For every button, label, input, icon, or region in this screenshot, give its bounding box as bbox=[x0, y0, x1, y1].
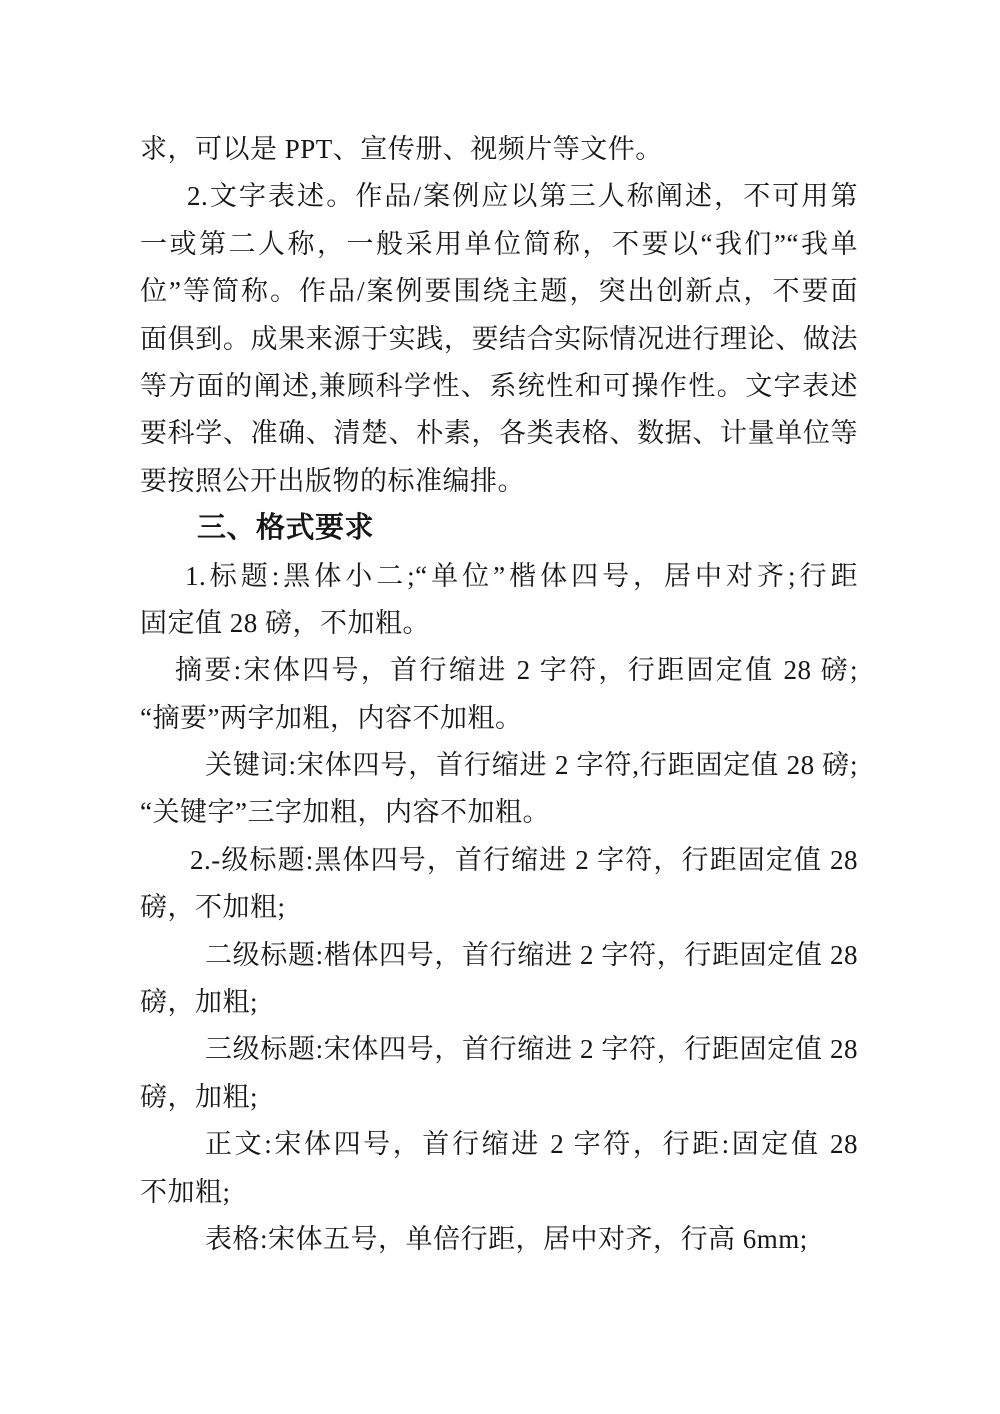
document-page: 求，可以是 PPT、宣传册、视频片等文件。2.文字表述。作品/案例应以第三人称阐… bbox=[0, 0, 1000, 1414]
text-line: 摘要:宋体四号，首行缩进 2 字符，行距固定值 28 磅; bbox=[140, 647, 858, 694]
text-line: 磅，加粗; bbox=[140, 979, 858, 1026]
text-line: 位”等简称。作品/案例要围绕主题，突出创新点，不要面 bbox=[140, 268, 858, 315]
document-body: 求，可以是 PPT、宣传册、视频片等文件。2.文字表述。作品/案例应以第三人称阐… bbox=[140, 126, 858, 1263]
text-line: 关键词:宋体四号，首行缩进 2 字符,行距固定值 28 磅; bbox=[140, 742, 858, 789]
text-line: 要科学、准确、清楚、朴素，各类表格、数据、计量单位等 bbox=[140, 410, 858, 457]
text-line: 不加粗; bbox=[140, 1169, 858, 1216]
text-line: 表格:宋体五号，单倍行距，居中对齐，行高 6mm; bbox=[140, 1216, 858, 1263]
text-line: 正文:宋体四号，首行缩进 2 字符，行距:固定值 28 磅， bbox=[140, 1121, 858, 1168]
section-heading: 三、格式要求 bbox=[140, 505, 858, 552]
text-line: 二级标题:楷体四号，首行缩进 2 字符，行距固定值 28 bbox=[140, 932, 858, 979]
text-line: 1.标题:黑体小二;“单位”楷体四号，居中对齐;行距 bbox=[140, 553, 858, 600]
text-line: 面俱到。成果来源于实践，要结合实际情况进行理论、做法 bbox=[140, 316, 858, 363]
text-line: 固定值 28 磅，不加粗。 bbox=[140, 600, 858, 647]
text-line: 一或第二人称，一般采用单位简称，不要以“我们”“我单 bbox=[140, 221, 858, 268]
text-line: 要按照公开出版物的标准编排。 bbox=[140, 458, 858, 505]
text-line: 磅，加粗; bbox=[140, 1074, 858, 1121]
text-line: 2.文字表述。作品/案例应以第三人称阐述，不可用第 bbox=[140, 173, 858, 220]
text-line: 求，可以是 PPT、宣传册、视频片等文件。 bbox=[140, 126, 858, 173]
text-line: 磅，不加粗; bbox=[140, 884, 858, 931]
text-line: 2.-级标题:黑体四号，首行缩进 2 字符，行距固定值 28 bbox=[140, 837, 858, 884]
text-line: “关键字”三字加粗，内容不加粗。 bbox=[140, 789, 858, 836]
text-line: 三级标题:宋体四号，首行缩进 2 字符，行距固定值 28 bbox=[140, 1026, 858, 1073]
text-line: “摘要”两字加粗，内容不加粗。 bbox=[140, 695, 858, 742]
text-line: 等方面的阐述,兼顾科学性、系统性和可操作性。文字表述 bbox=[140, 363, 858, 410]
